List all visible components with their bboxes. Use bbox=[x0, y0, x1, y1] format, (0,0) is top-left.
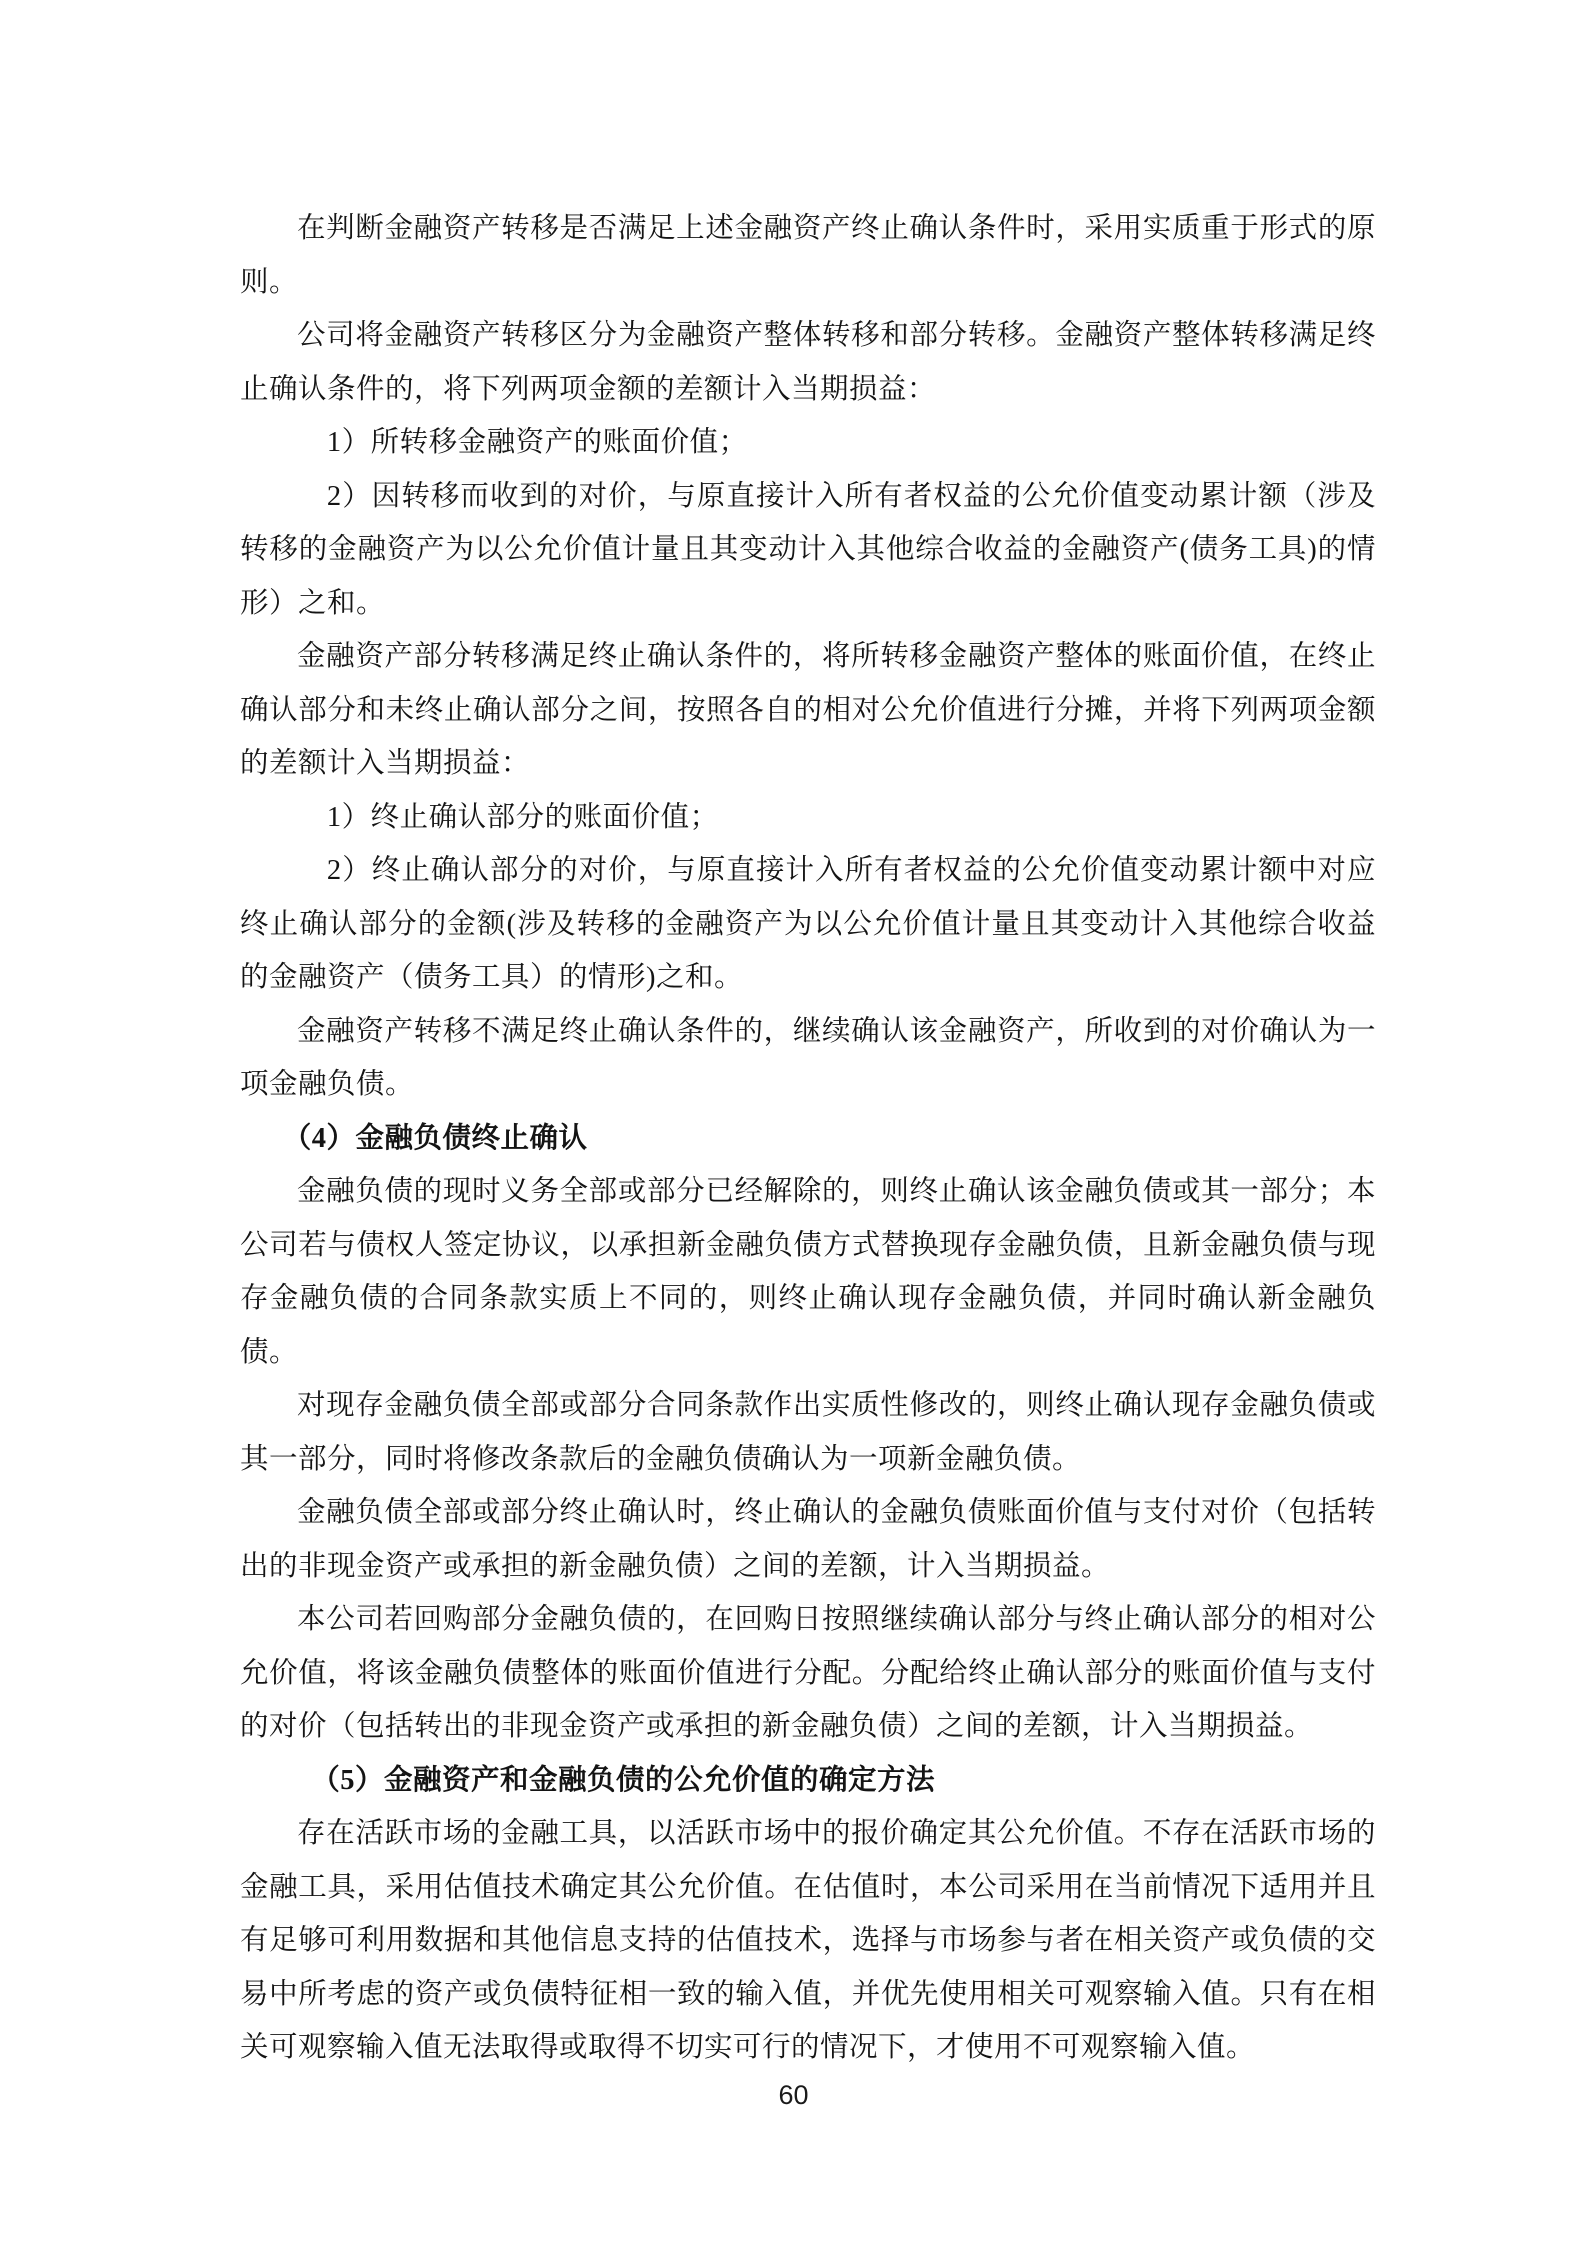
paragraph: 公司将金融资产转移区分为金融资产整体转移和部分转移。金融资产整体转移满足终止确认… bbox=[240, 309, 1376, 416]
paragraph: 在判断金融资产转移是否满足上述金融资产终止确认条件时，采用实质重于形式的原则。 bbox=[240, 202, 1376, 309]
section-heading: （4）金融负债终止确认 bbox=[240, 1112, 1376, 1166]
page-number: 60 bbox=[778, 2080, 808, 2110]
paragraph: 金融负债全部或部分终止确认时，终止确认的金融负债账面价值与支付对价（包括转出的非… bbox=[240, 1486, 1376, 1593]
list-item: 1）终止确认部分的账面价值； bbox=[240, 791, 1376, 845]
section-heading: （5）金融资产和金融负债的公允价值的确定方法 bbox=[240, 1754, 1376, 1808]
document-content: 在判断金融资产转移是否满足上述金融资产终止确认条件时，采用实质重于形式的原则。公… bbox=[240, 202, 1376, 2075]
paragraph: 存在活跃市场的金融工具，以活跃市场中的报价确定其公允价值。不存在活跃市场的金融工… bbox=[240, 1807, 1376, 2075]
paragraph: 本公司若回购部分金融负债的，在回购日按照继续确认部分与终止确认部分的相对公允价值… bbox=[240, 1593, 1376, 1754]
paragraph: 金融资产部分转移满足终止确认条件的，将所转移金融资产整体的账面价值，在终止确认部… bbox=[240, 630, 1376, 791]
page-footer: 60 bbox=[0, 2080, 1587, 2110]
list-item: 2）因转移而收到的对价，与原直接计入所有者权益的公允价值变动累计额（涉及转移的金… bbox=[240, 470, 1376, 631]
list-item: 2）终止确认部分的对价，与原直接计入所有者权益的公允价值变动累计额中对应终止确认… bbox=[240, 844, 1376, 1005]
paragraph: 金融负债的现时义务全部或部分已经解除的，则终止确认该金融负债或其一部分；本公司若… bbox=[240, 1165, 1376, 1379]
paragraph: 金融资产转移不满足终止确认条件的，继续确认该金融资产，所收到的对价确认为一项金融… bbox=[240, 1005, 1376, 1112]
paragraph: 对现存金融负债全部或部分合同条款作出实质性修改的，则终止确认现存金融负债或其一部… bbox=[240, 1379, 1376, 1486]
list-item: 1）所转移金融资产的账面价值； bbox=[240, 416, 1376, 470]
